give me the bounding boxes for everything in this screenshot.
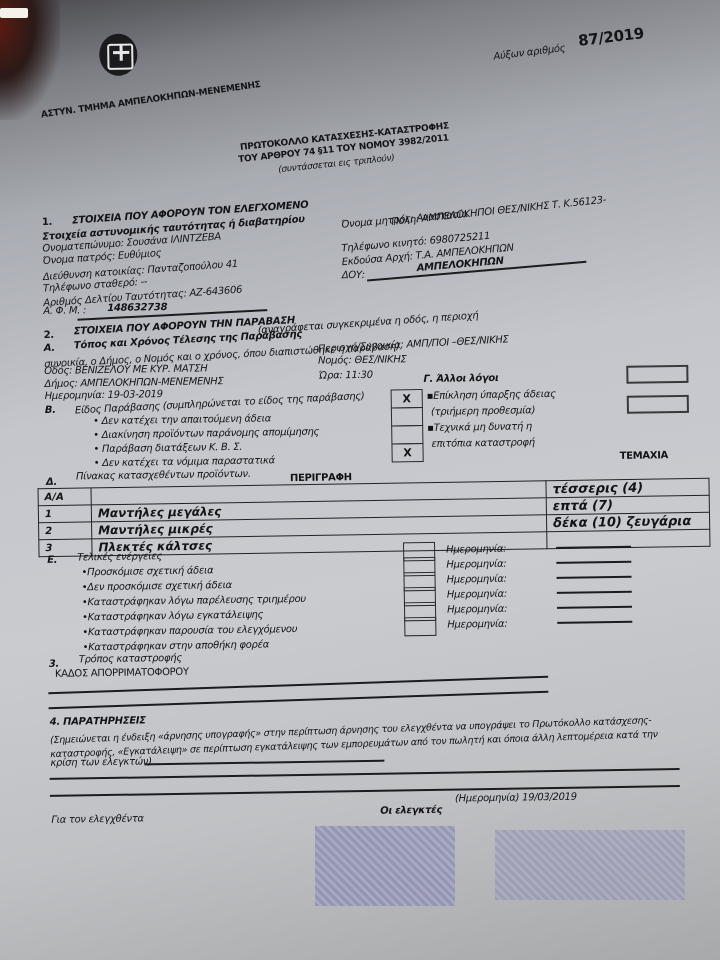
date-line xyxy=(557,591,632,594)
remarks-note: κρίση των ελεγκτών) xyxy=(50,756,152,769)
date-label: Ημερομηνία: xyxy=(446,574,506,586)
date-line xyxy=(557,576,632,579)
final-action-item: •Καταστράφηκαν παρουσία του ελεγχόμενου xyxy=(82,624,297,638)
line xyxy=(49,691,549,710)
section3-heading: Τρόπος καταστροφής xyxy=(79,653,182,666)
final-action-item: •Δεν προσκόμισε σχετική άδεια xyxy=(82,580,232,593)
date-line xyxy=(556,561,631,564)
date-line xyxy=(557,621,632,624)
inspected-signature-label: Για τον ελεγχθέντα xyxy=(51,813,144,825)
form-page-lower: Ε. Τελικές ενέργειες •Προσκόμισε σχετική… xyxy=(0,0,720,960)
final-action-item: •Προσκόμισε σχετική άδεια xyxy=(81,565,213,578)
date-line xyxy=(556,546,631,549)
destruction-method: ΚΑΔΟΣ ΑΠΟΡΡΙΜΑΤΟΦΟΡΟΥ xyxy=(55,667,189,680)
date-label: Ημερομηνία: xyxy=(447,619,507,631)
section2e-label: Ε. xyxy=(47,555,57,566)
remarks-line xyxy=(50,768,680,780)
final-action-item: •Καταστράφηκαν λόγω εγκατάλειψης xyxy=(82,610,263,624)
date-label: Ημερομηνία: xyxy=(446,544,506,556)
date-label: Ημερομηνία: xyxy=(447,589,507,601)
section4-heading: 4. ΠΑΡΑΤΗΡΗΣΕΙΣ xyxy=(50,715,146,728)
remarks-line xyxy=(50,785,680,797)
footer-date: (Ημερομηνία) 19/03/2019 xyxy=(455,792,577,805)
redacted-signature-2 xyxy=(495,830,685,900)
section2e-heading: Τελικές ενέργειες xyxy=(77,551,162,563)
inspectors-signature-label: Οι ελεγκτές xyxy=(380,805,442,817)
final-action-item: •Καταστράφηκαν λόγω παρέλευσης τριημέρου xyxy=(82,594,306,609)
date-label: Ημερομηνία: xyxy=(446,559,506,571)
final-action-item: •Καταστράφηκαν στην αποθήκη φορέα xyxy=(83,639,270,653)
final-action-checkbox[interactable] xyxy=(404,617,436,637)
date-label: Ημερομηνία: xyxy=(447,604,507,616)
date-line xyxy=(557,606,632,609)
redacted-signature-1 xyxy=(315,826,455,906)
remarks-line xyxy=(144,760,384,766)
